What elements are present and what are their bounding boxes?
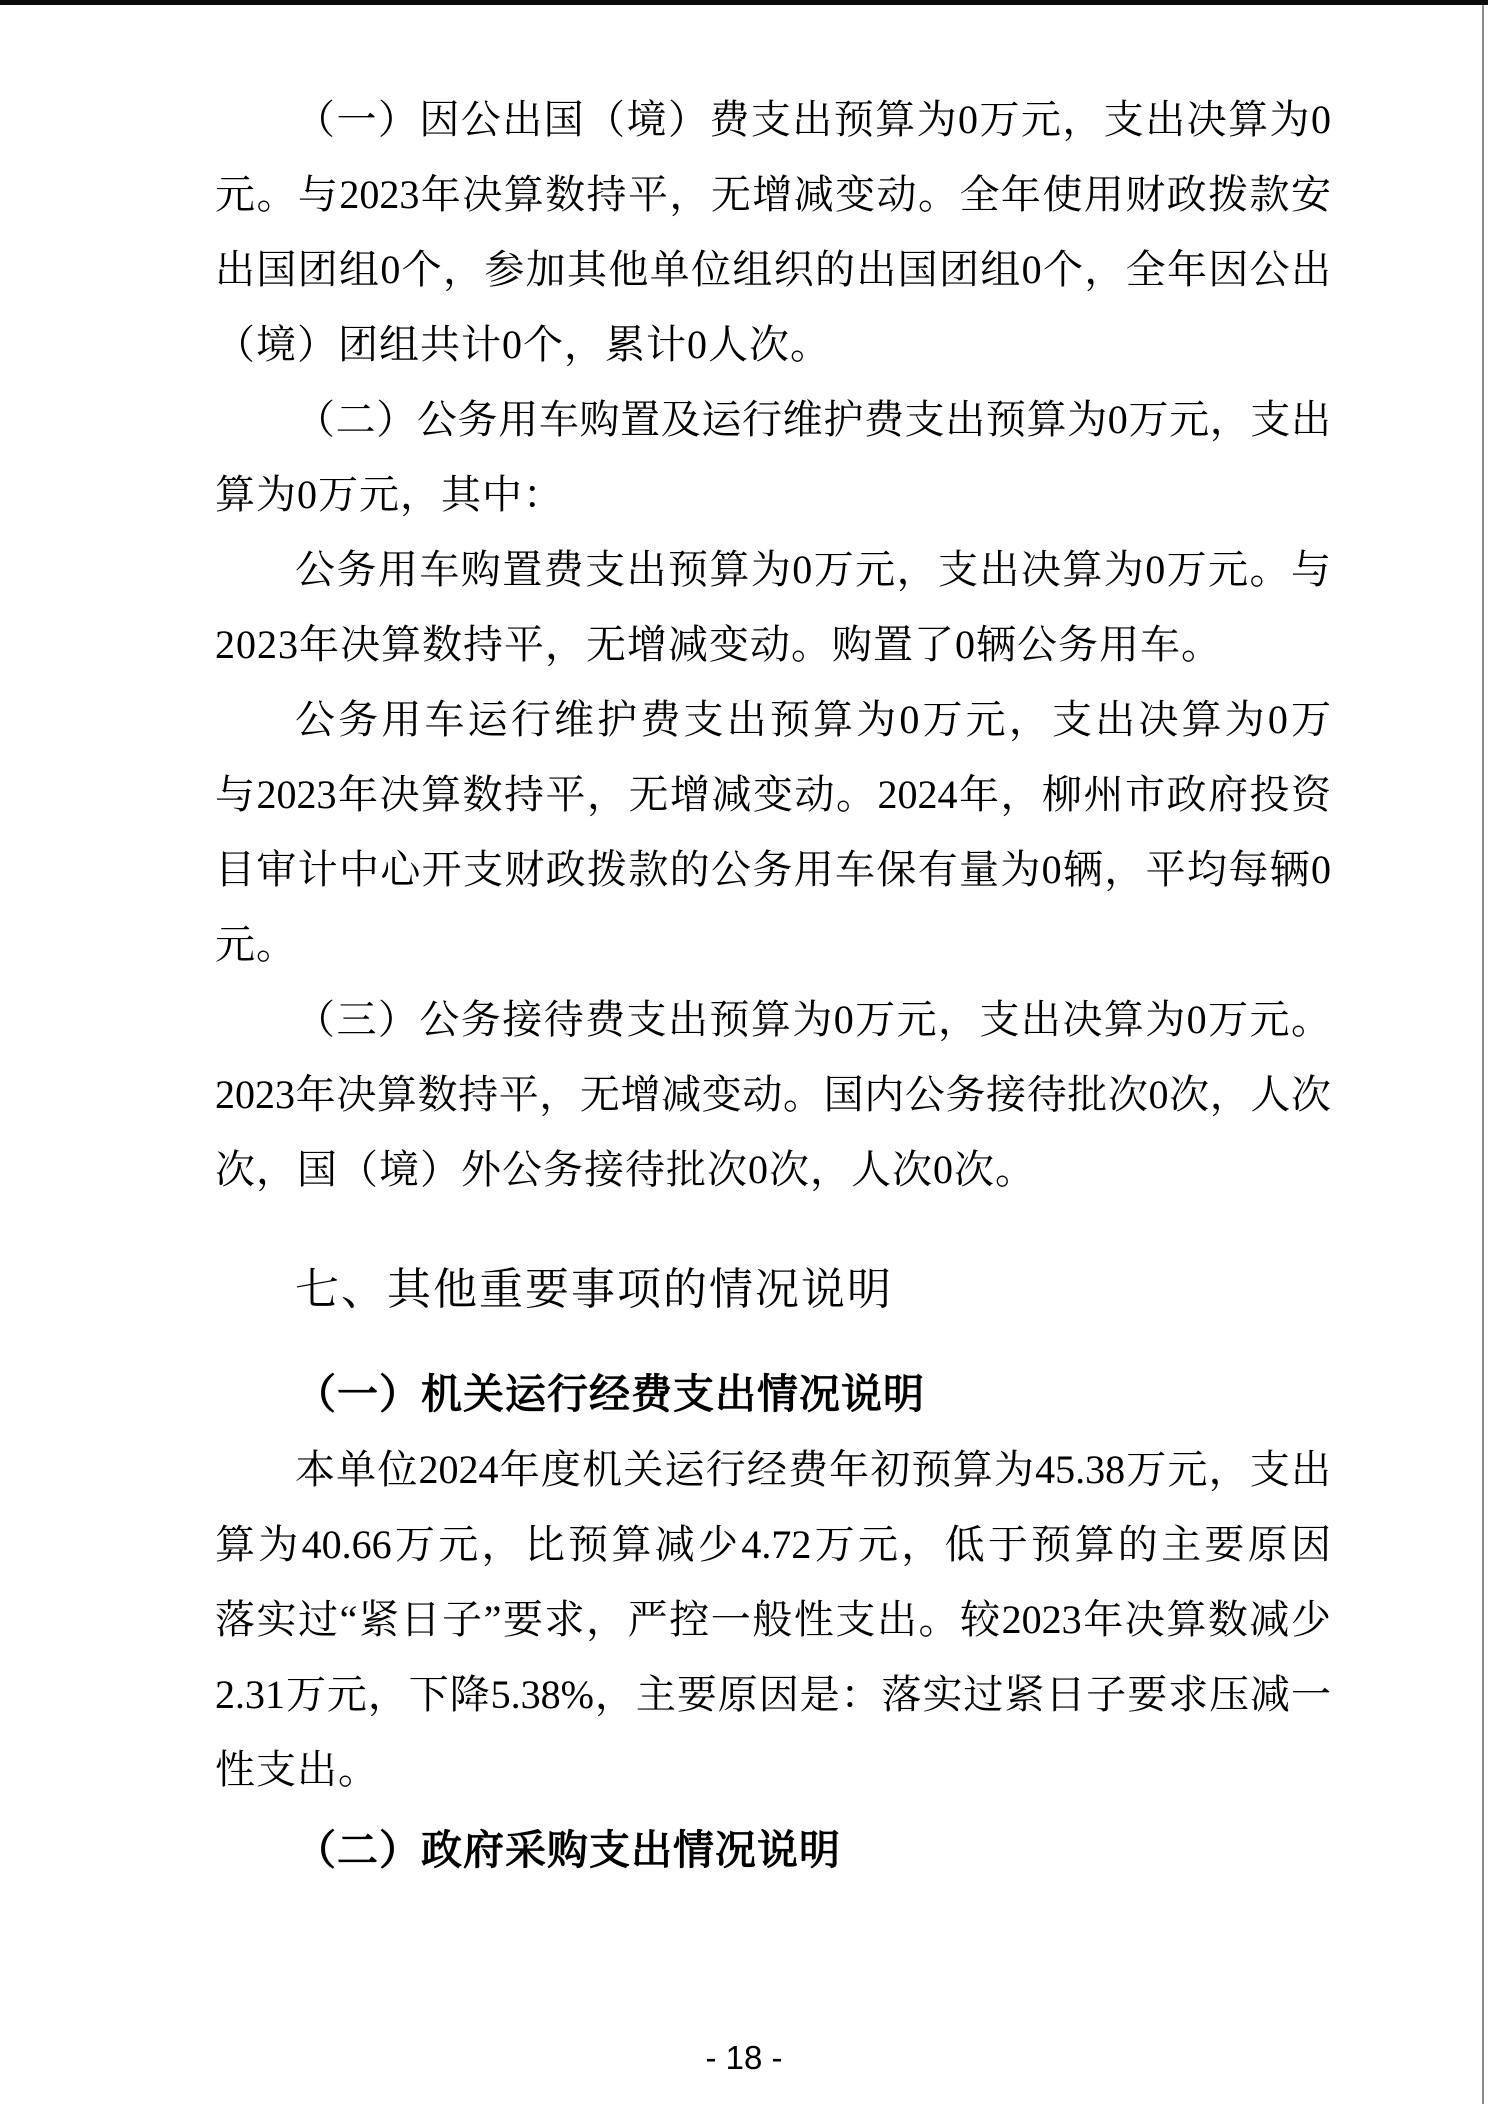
text-line: 性支出。 [215, 1732, 1331, 1807]
text-line: 2023年决算数持平，无增减变动。购置了0辆公务用车。 [215, 607, 1331, 682]
heading-line: 七、其他重要事项的情况说明 [215, 1252, 1331, 1327]
text-line: 次，国（境）外公务接待批次0次，人次0次。 [215, 1132, 1331, 1207]
text-line: 本单位2024年度机关运行经费年初预算为45.38万元，支出决 [215, 1432, 1331, 1507]
subheading-line: （一）机关运行经费支出情况说明 [215, 1357, 1331, 1432]
page-number: - 18 - [0, 2036, 1488, 2080]
text-line: 元。与2023年决算数持平，无增减变动。全年使用财政拨款安排 [215, 157, 1331, 232]
text-line: 出国团组0个，参加其他单位组织的出国团组0个，全年因公出国 [215, 232, 1331, 307]
text-line: 目审计中心开支财政拨款的公务用车保有量为0辆，平均每辆0万 [215, 832, 1331, 907]
document-content: （一）因公出国（境）费支出预算为0万元，支出决算为0万元。与2023年决算数持平… [215, 82, 1331, 1888]
text-line: 2.31万元，下降5.38%，主要原因是：落实过紧日子要求压减一般 [215, 1657, 1331, 1732]
text-line: （二）公务用车购置及运行维护费支出预算为0万元，支出决 [215, 382, 1331, 457]
subheading-line: （二）政府采购支出情况说明 [215, 1813, 1331, 1888]
text-line: （三）公务接待费支出预算为0万元，支出决算为0万元。与 [215, 982, 1331, 1057]
text-line: 落实过“紧日子”要求，严控一般性支出。较2023年决算数减少 [215, 1582, 1331, 1657]
text-line: 公务用车运行维护费支出预算为0万元，支出决算为0万元。 [215, 682, 1331, 757]
text-line: 元。 [215, 907, 1331, 982]
page-right-edge [1482, 5, 1484, 2104]
text-line: 算为0万元，其中： [215, 457, 1331, 532]
text-line: （一）因公出国（境）费支出预算为0万元，支出决算为0万 [215, 82, 1331, 157]
text-line: 与2023年决算数持平，无增减变动。2024年，柳州市政府投资项 [215, 757, 1331, 832]
text-line: 公务用车购置费支出预算为0万元，支出决算为0万元。与 [215, 532, 1331, 607]
text-line: 2023年决算数持平，无增减变动。国内公务接待批次0次，人次0 [215, 1057, 1331, 1132]
text-line: （境）团组共计0个，累计0人次。 [215, 307, 1331, 382]
document-page: （一）因公出国（境）费支出预算为0万元，支出决算为0万元。与2023年决算数持平… [0, 0, 1488, 2104]
page-top-edge [0, 0, 1488, 5]
text-line: 算为40.66万元，比预算减少4.72万元，低于预算的主要原因是： [215, 1507, 1331, 1582]
